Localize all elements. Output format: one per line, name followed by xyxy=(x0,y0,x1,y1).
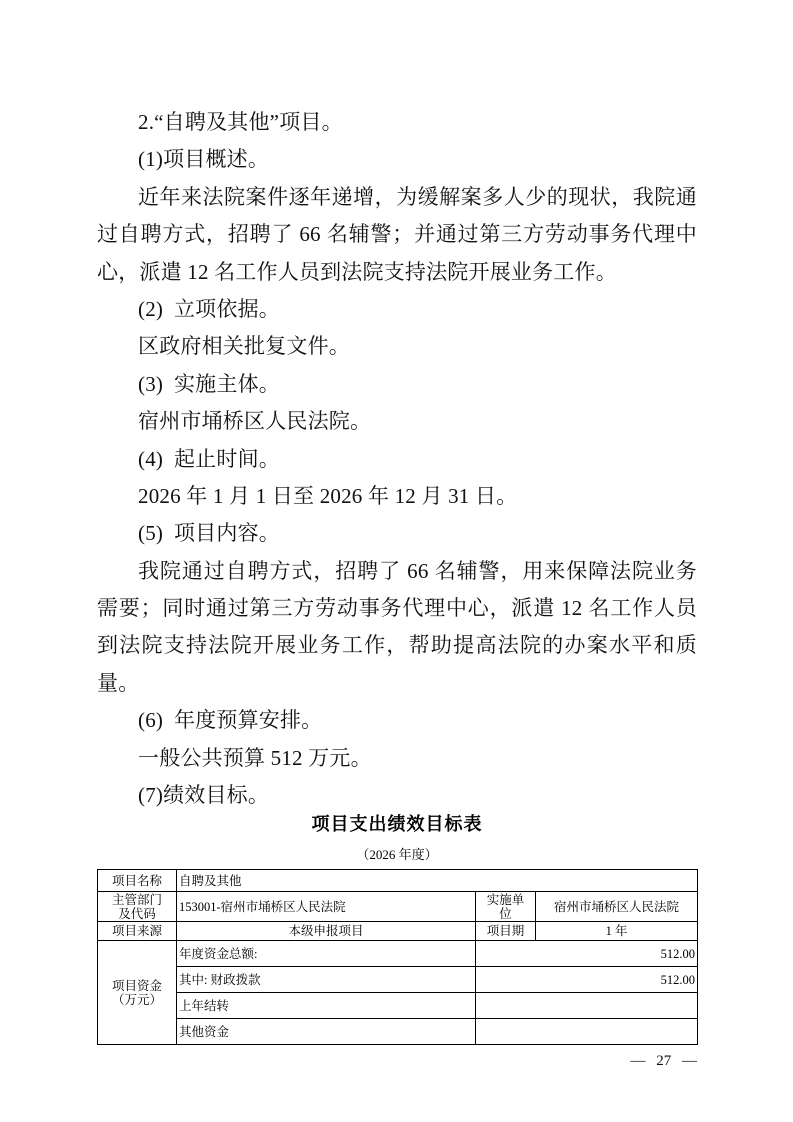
dept-value: 153001-宿州市埇桥区人民法院 xyxy=(177,892,476,922)
document-page: 2.“自聘及其他”项目。 (1)项目概述。 近年来法院案件逐年递增，为缓解案多人… xyxy=(0,0,793,1122)
table-row: 项目名称 自聘及其他 xyxy=(98,870,698,892)
body-line: 宿州市埇桥区人民法院。 xyxy=(97,403,697,440)
page-number: — 27 — xyxy=(0,1053,697,1070)
body-line: 过自聘方式，招聘了 66 名辅警；并通过第三方劳动事务代理中 xyxy=(97,216,697,253)
project-name-label: 项目名称 xyxy=(98,870,177,892)
table-row: 其他资金 xyxy=(98,1019,698,1045)
fund-row-label: 其中: 财政拨款 xyxy=(177,967,476,993)
body-line: (1)项目概述。 xyxy=(97,141,697,178)
performance-table-subtitle: （2026 年度） xyxy=(97,848,697,862)
body-line: (5) 项目内容。 xyxy=(97,515,697,552)
body-line: 2026 年 1 月 1 日至 2026 年 12 月 31 日。 xyxy=(97,478,697,515)
dept-label: 主管部门 及代码 xyxy=(98,892,177,922)
body-line: (7)绩效目标。 xyxy=(97,777,697,814)
fund-row-value xyxy=(476,993,698,1019)
body-line: 心，派遣 12 名工作人员到法院支持法院开展业务工作。 xyxy=(97,254,697,291)
table-row: 上年结转 xyxy=(98,993,698,1019)
body-line: (3) 实施主体。 xyxy=(97,366,697,403)
impl-unit-value: 宿州市埇桥区人民法院 xyxy=(536,892,698,922)
body-line: (4) 起止时间。 xyxy=(97,441,697,478)
body-line: 需要；同时通过第三方劳动事务代理中心，派遣 12 名工作人员 xyxy=(97,590,697,627)
table-row: 主管部门 及代码 153001-宿州市埇桥区人民法院 实施单 位 宿州市埇桥区人… xyxy=(98,892,698,922)
funds-label: 项目资金 （万元） xyxy=(98,941,177,1045)
project-name-value: 自聘及其他 xyxy=(177,870,698,892)
period-label: 项目期 xyxy=(476,922,536,941)
source-label: 项目来源 xyxy=(98,922,177,941)
source-value: 本级申报项目 xyxy=(177,922,476,941)
performance-target-table: 项目名称 自聘及其他 主管部门 及代码 153001-宿州市埇桥区人民法院 实施… xyxy=(97,869,698,1045)
body-line: 到法院支持法院开展业务工作，帮助提高法院的办案水平和质 xyxy=(97,627,697,664)
fund-row-value xyxy=(476,1019,698,1045)
table-row: 其中: 财政拨款 512.00 xyxy=(98,967,698,993)
fund-row-label: 年度资金总额: xyxy=(177,941,476,967)
performance-table-title: 项目支出绩效目标表 xyxy=(97,815,697,833)
fund-row-label: 其他资金 xyxy=(177,1019,476,1045)
body-line: 区政府相关批复文件。 xyxy=(97,328,697,365)
document-body: 2.“自聘及其他”项目。 (1)项目概述。 近年来法院案件逐年递增，为缓解案多人… xyxy=(97,104,697,1045)
body-line: 近年来法院案件逐年递增，为缓解案多人少的现状，我院通 xyxy=(97,179,697,216)
body-line: 2.“自聘及其他”项目。 xyxy=(97,104,697,141)
fund-row-value: 512.00 xyxy=(476,967,698,993)
fund-row-label: 上年结转 xyxy=(177,993,476,1019)
body-line: 量。 xyxy=(97,665,697,702)
fund-row-value: 512.00 xyxy=(476,941,698,967)
table-row: 项目资金 （万元） 年度资金总额: 512.00 xyxy=(98,941,698,967)
body-line: (6) 年度预算安排。 xyxy=(97,702,697,739)
period-value: 1 年 xyxy=(536,922,698,941)
body-line: (2) 立项依据。 xyxy=(97,291,697,328)
body-line: 我院通过自聘方式，招聘了 66 名辅警，用来保障法院业务 xyxy=(97,553,697,590)
table-row: 项目来源 本级申报项目 项目期 1 年 xyxy=(98,922,698,941)
body-line: 一般公共预算 512 万元。 xyxy=(97,740,697,777)
impl-unit-label: 实施单 位 xyxy=(476,892,536,922)
